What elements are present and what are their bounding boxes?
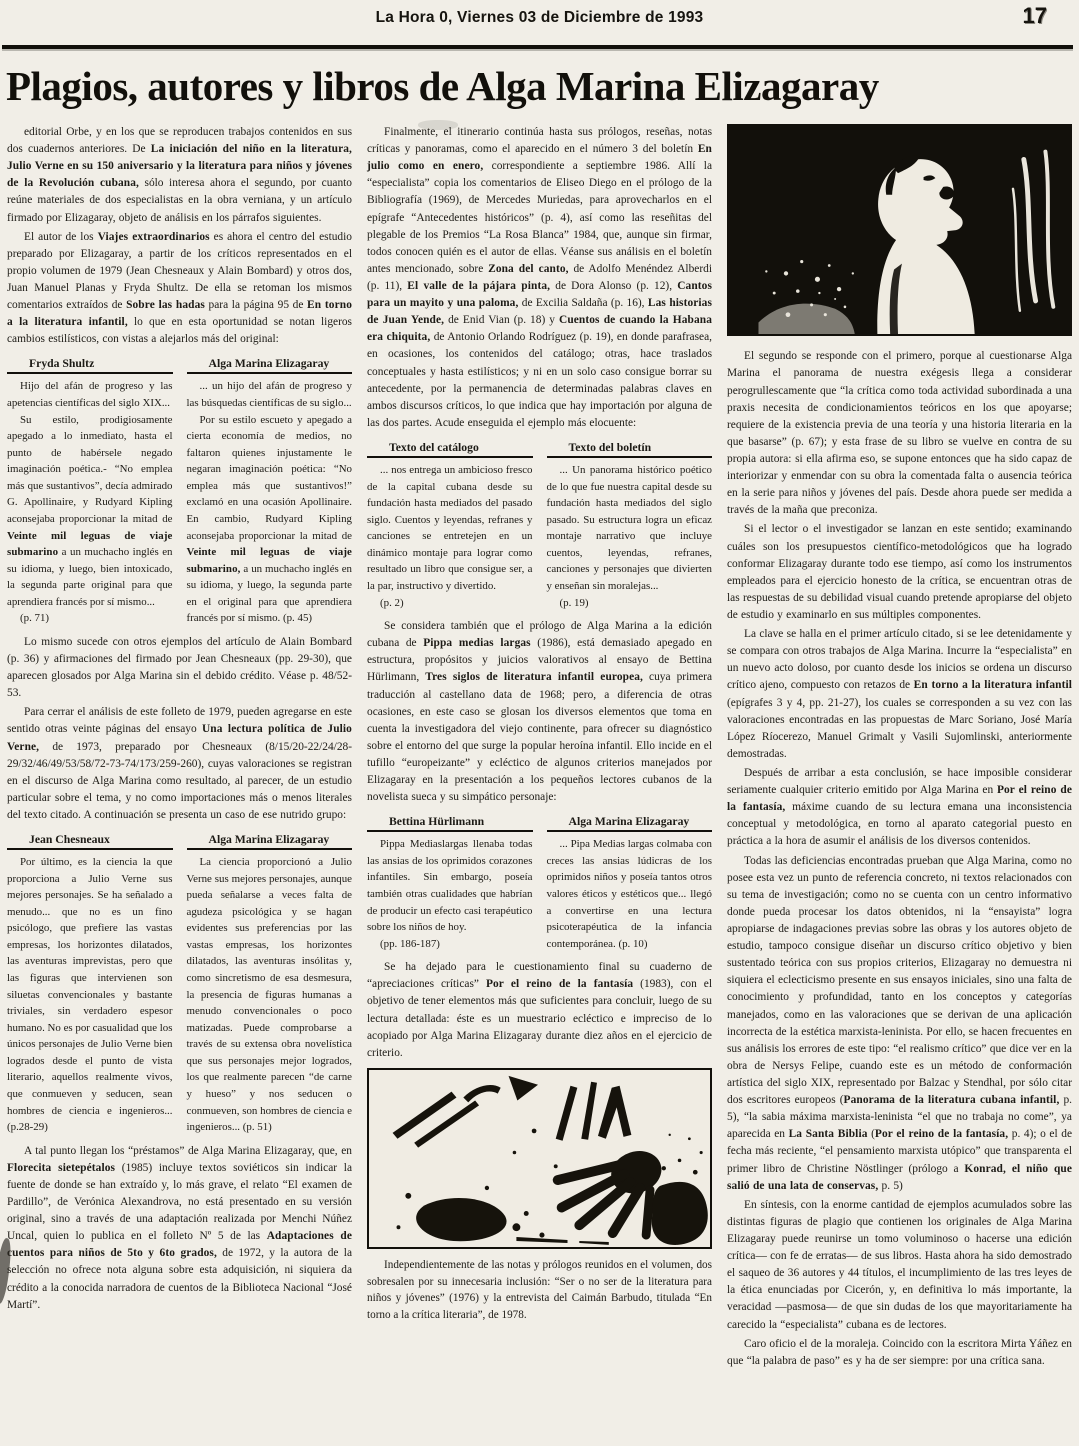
comparison-paragraph: Su estilo, prodigiosamente apegado a lo … — [7, 412, 173, 611]
masthead: La Hora 0, Viernes 03 de Diciembre de 19… — [0, 0, 1079, 45]
comparison-block: Jean ChesneauxPor último, es la ciencia … — [7, 833, 352, 1136]
article-paragraph: En síntesis, con la enorme cantidad de e… — [727, 1197, 1072, 1334]
comparison-paragraph: (p. 2) — [367, 595, 533, 612]
article-paragraph: Se ha dejado para le cuestionamiento fin… — [367, 959, 712, 1062]
comparison-column: Texto del catálogo... nos entrega un amb… — [367, 441, 533, 611]
comparison-column: Texto del boletín... Un panorama históri… — [547, 441, 713, 611]
comparison-paragraph: La ciencia proporcionó a Julio Verne sus… — [187, 854, 353, 1136]
comparison-paragraph: ... Pipa Medias largas colmaba con crece… — [547, 836, 713, 952]
article-paragraph: editorial Orbe, y en los que se reproduc… — [7, 124, 352, 227]
article-paragraph: A tal punto llegan los “préstamos” de Al… — [7, 1143, 352, 1314]
portrait-photo — [727, 124, 1072, 336]
comparison-header: Texto del boletín — [547, 441, 713, 458]
comparison-header: Texto del catálogo — [367, 441, 533, 458]
article-paragraph: Todas las deficiencias encontradas prueb… — [727, 853, 1072, 1195]
comparison-paragraph: Hijo del afán de progreso y las apetenci… — [7, 378, 173, 411]
article-paragraph: La clave se halla en el primer artículo … — [727, 626, 1072, 763]
comparison-paragraph: (p. 71) — [7, 610, 173, 627]
page-number: 17 — [1023, 3, 1047, 29]
portrait-photo-image — [729, 126, 1070, 334]
comparison-paragraph: ... Un panorama histórico poético de lo … — [547, 462, 713, 595]
article-paragraph: Después de arribar a esta conclusión, se… — [727, 765, 1072, 851]
comparison-paragraph: Por último, es la ciencia la que proporc… — [7, 854, 173, 1136]
article-paragraph: Caro oficio el de la moraleja. Coincido … — [727, 1336, 1072, 1370]
comparison-paragraph: (p. 19) — [547, 595, 713, 612]
comparison-paragraph: ... un hijo del afán de progreso y las b… — [187, 378, 353, 411]
comparison-column: Jean ChesneauxPor último, es la ciencia … — [7, 833, 173, 1136]
comparison-header: Fryda Shultz — [7, 357, 173, 374]
article-column-2: Finalmente, el itinerario continúa hasta… — [367, 124, 712, 1324]
newspaper-page: La Hora 0, Viernes 03 de Diciembre de 19… — [0, 0, 1079, 1446]
article-paragraph: Se considera también que el prólogo de A… — [367, 618, 712, 806]
comparison-column: Alga Marina ElizagarayLa ciencia proporc… — [187, 833, 353, 1136]
comparison-paragraph: ... nos entrega un ambicioso fresco de l… — [367, 462, 533, 595]
comparison-column: Fryda ShultzHijo del afán de progreso y … — [7, 357, 173, 626]
headline: Plagios, autores y libros de Alga Marina… — [0, 49, 1079, 114]
comparison-column: Alga Marina Elizagaray... un hijo del af… — [187, 357, 353, 626]
article-column-1: editorial Orbe, y en los que se reproduc… — [7, 124, 352, 1316]
figure-caption: Independientemente de las notas y prólog… — [367, 1257, 712, 1324]
comparison-paragraph: Por su estilo escueto y apegado a cierta… — [187, 412, 353, 627]
article-paragraph: El segundo se responde con el primero, p… — [727, 348, 1072, 519]
comparison-header: Alga Marina Elizagaray — [187, 357, 353, 374]
comparison-paragraph: Pippa Mediaslargas llenaba todas las ans… — [367, 836, 533, 935]
comparison-header: Bettina Hürlimann — [367, 815, 533, 832]
article-paragraph: Finalmente, el itinerario continúa hasta… — [367, 124, 712, 432]
article-paragraph: Si el lector o el investigador se lanzan… — [727, 521, 1072, 624]
comparison-header: Alga Marina Elizagaray — [547, 815, 713, 832]
comparison-header: Alga Marina Elizagaray — [187, 833, 353, 850]
comparison-block: Bettina HürlimannPippa Mediaslargas llen… — [367, 815, 712, 952]
comparison-column: Alga Marina Elizagaray... Pipa Medias la… — [547, 815, 713, 952]
newspaper-name-date: La Hora 0, Viernes 03 de Diciembre de 19… — [376, 9, 704, 26]
article-paragraph: El autor de los Viajes extraordinarios e… — [7, 229, 352, 349]
comparison-block: Texto del catálogo... nos entrega un amb… — [367, 441, 712, 611]
comparison-block: Fryda ShultzHijo del afán de progreso y … — [7, 357, 352, 626]
article-column-3: El segundo se responde con el primero, p… — [727, 124, 1072, 1372]
scan-smudge — [418, 120, 458, 130]
article-body: editorial Orbe, y en los que se reproduc… — [0, 114, 1079, 1372]
article-paragraph: Para cerrar el análisis de este folleto … — [7, 704, 352, 824]
comparison-paragraph: (pp. 186-187) — [367, 936, 533, 953]
ink-artwork-image — [369, 1070, 710, 1247]
article-paragraph: Lo mismo sucede con otros ejemplos del a… — [7, 634, 352, 702]
comparison-column: Bettina HürlimannPippa Mediaslargas llen… — [367, 815, 533, 952]
comparison-header: Jean Chesneaux — [7, 833, 173, 850]
abstract-ink — [367, 1068, 712, 1249]
